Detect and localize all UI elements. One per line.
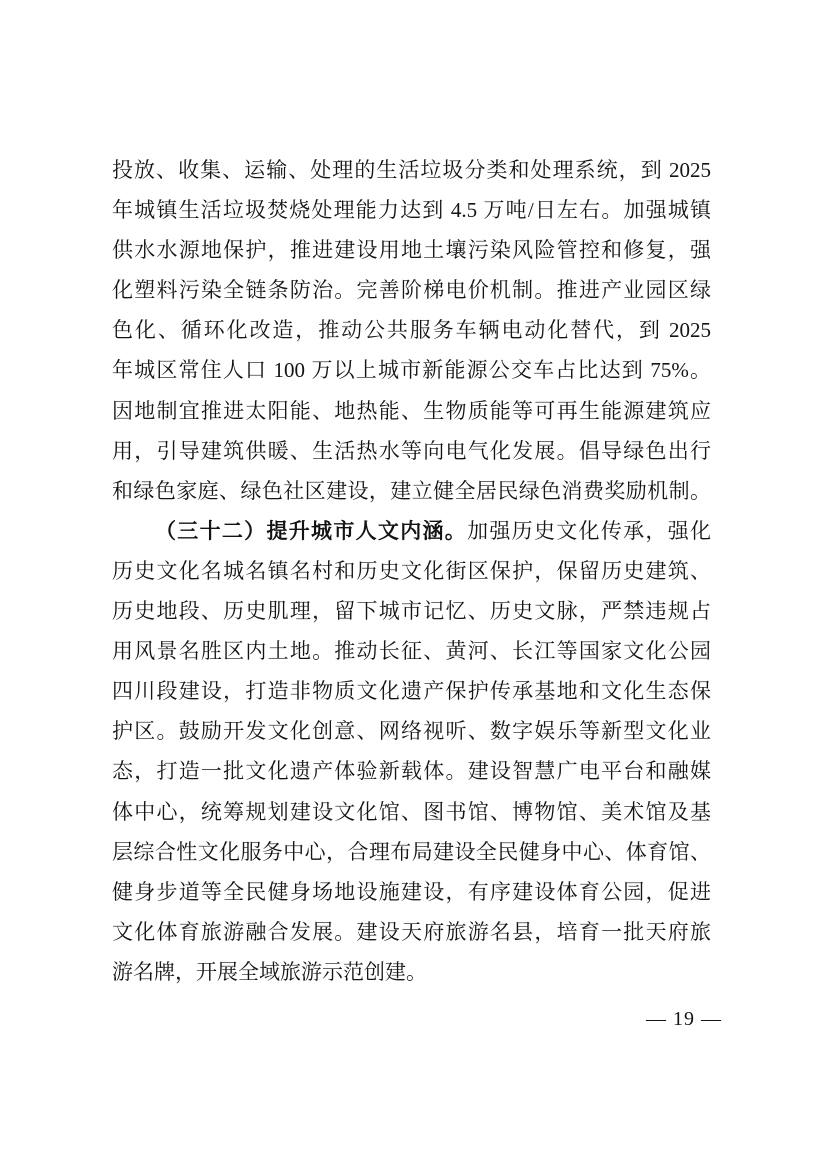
text-line: 四川段建设，打造非物质文化遗产保护传承基地和文化生态保: [112, 671, 711, 711]
body-text: 投放、收集、运输、处理的生活垃圾分类和处理系统，到 2025 年城镇生活垃圾焚烧…: [112, 150, 711, 992]
text-line: 体中心，统筹规划建设文化馆、图书馆、博物馆、美术馆及基: [112, 792, 711, 832]
text-line: 护区。鼓励开发文化创意、网络视听、数字娱乐等新型文化业: [112, 711, 711, 751]
page-number: — 19 —: [646, 1006, 722, 1032]
document-page: 投放、收集、运输、处理的生活垃圾分类和处理系统，到 2025 年城镇生活垃圾焚烧…: [0, 0, 826, 1169]
text-line: 用，引导建筑供暖、生活热水等向电气化发展。倡导绿色出行: [112, 431, 711, 471]
text-line: 色化、循环化改造，推动公共服务车辆电动化替代，到 2025: [112, 310, 711, 350]
text-line: 供水水源地保护，推进建设用地土壤污染风险管控和修复，强: [112, 230, 711, 270]
text-line: 游名牌，开展全域旅游示范创建。: [112, 952, 711, 992]
text-line: 层综合性文化服务中心，合理布局建设全民健身中心、体育馆、: [112, 832, 711, 872]
text-line: 健身步道等全民健身场地设施建设，有序建设体育公园，促进: [112, 872, 711, 912]
text-line: 态，打造一批文化遗产体验新载体。建设智慧广电平台和融媒: [112, 751, 711, 791]
text-line: 历史文化名城名镇名村和历史文化街区保护，保留历史建筑、: [112, 551, 711, 591]
section-heading: （三十二）提升城市人文内涵。: [155, 519, 467, 543]
text-line: 和绿色家庭、绿色社区建设，建立健全居民绿色消费奖励机制。: [112, 471, 711, 511]
paragraph-section-32: （三十二）提升城市人文内涵。加强历史文化传承，强化 历史文化名城名镇名村和历史文…: [112, 511, 711, 992]
text-line: 年城镇生活垃圾焚烧处理能力达到 4.5 万吨/日左右。加强城镇: [112, 190, 711, 230]
heading-line-rest: 加强历史文化传承，强化: [467, 519, 711, 543]
text-line: 用风景名胜区内土地。推动长征、黄河、长江等国家文化公园: [112, 631, 711, 671]
text-line: 历史地段、历史肌理，留下城市记忆、历史文脉，严禁违规占: [112, 591, 711, 631]
paragraph-green-living: 投放、收集、运输、处理的生活垃圾分类和处理系统，到 2025 年城镇生活垃圾焚烧…: [112, 150, 711, 511]
text-line-heading: （三十二）提升城市人文内涵。加强历史文化传承，强化: [112, 511, 711, 551]
text-line: 化塑料污染全链条防治。完善阶梯电价机制。推进产业园区绿: [112, 270, 711, 310]
text-line: 投放、收集、运输、处理的生活垃圾分类和处理系统，到 2025: [112, 150, 711, 190]
text-line: 文化体育旅游融合发展。建设天府旅游名县，培育一批天府旅: [112, 912, 711, 952]
text-line: 因地制宜推进太阳能、地热能、生物质能等可再生能源建筑应: [112, 391, 711, 431]
text-line: 年城区常住人口 100 万以上城市新能源公交车占比达到 75%。: [112, 350, 711, 390]
